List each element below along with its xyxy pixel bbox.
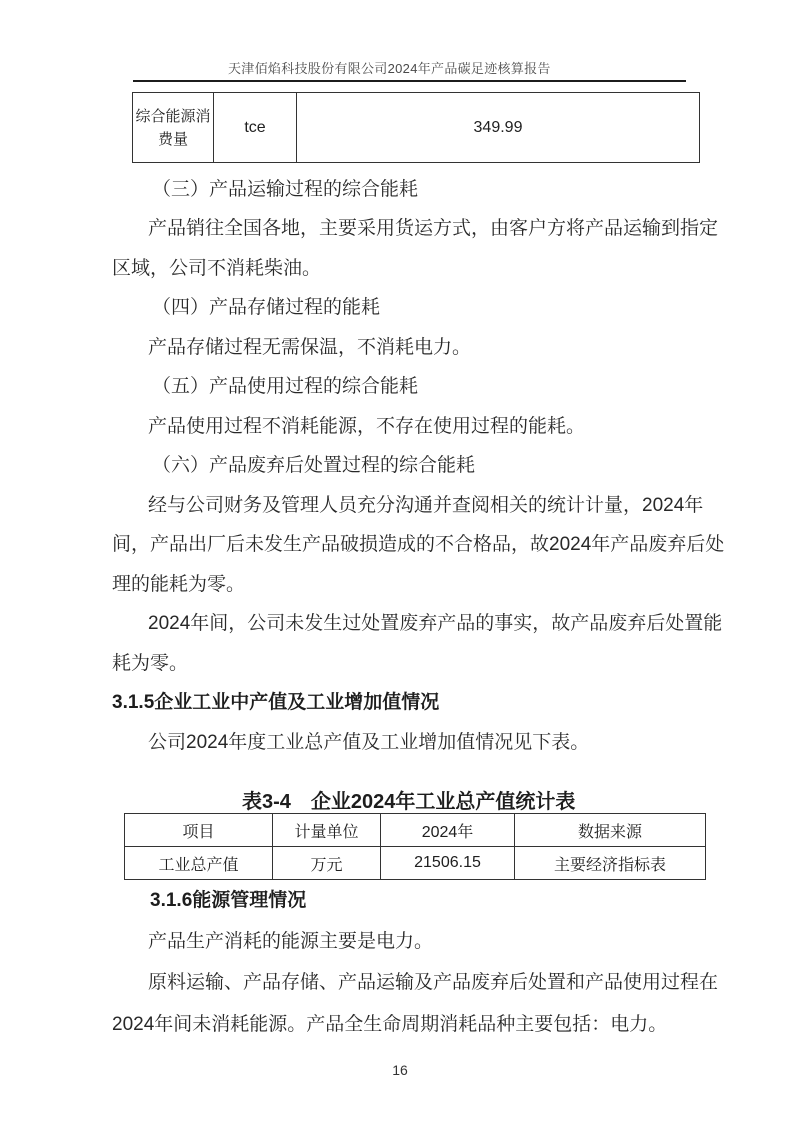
para-line: 产品生产消耗的能源主要是电力。 [148,929,433,955]
page-number: 16 [370,1062,430,1078]
para-line: 理的能耗为零。 [112,572,245,598]
para-line: 公司2024年度工业总产值及工业增加值情况见下表。 [148,730,589,756]
header-cell-unit: 计量单位 [273,814,381,847]
header-rule [133,80,686,82]
heading-3-1-5: 3.1.5企业工业中产值及工业增加值情况 [112,690,439,716]
header-cell-item: 项目 [125,814,273,847]
report-page: 天津佰焰科技股份有限公司2024年产品碳足迹核算报告 综合能源消费量 tce 3… [0,0,800,1130]
para-line: 2024年间，公司未发生过处置废弃产品的事实，故产品废弃后处置能 [148,611,722,637]
header-cell-year: 2024年 [381,814,515,847]
section-heading-5: （五）产品使用过程的综合能耗 [152,374,418,400]
section-heading-4: （四）产品存储过程的能耗 [152,295,380,321]
energy-value-cell: 349.99 [297,93,700,163]
header-cell-source: 数据来源 [515,814,706,847]
table-row: 综合能源消费量 tce 349.99 [133,93,700,163]
table-header-row: 项目 计量单位 2024年 数据来源 [125,814,706,847]
para-line: 区域，公司不消耗柴油。 [112,256,321,282]
para-line: 产品存储过程无需保温，不消耗电力。 [148,335,471,361]
cell-source: 主要经济指标表 [515,847,706,880]
table-row: 工业总产值 万元 21506.15 主要经济指标表 [125,847,706,880]
energy-unit-cell: tce [214,93,297,163]
page-header-title: 天津佰焰科技股份有限公司2024年产品碳足迹核算报告 [228,58,551,77]
industrial-output-table: 项目 计量单位 2024年 数据来源 工业总产值 万元 21506.15 主要经… [124,813,706,880]
section-heading-3: （三）产品运输过程的综合能耗 [152,177,418,203]
section-heading-6: （六）产品废弃后处置过程的综合能耗 [152,453,475,479]
cell-unit: 万元 [273,847,381,880]
cell-value: 21506.15 [381,847,515,880]
heading-3-1-6: 3.1.6能源管理情况 [150,888,306,914]
energy-consumption-table: 综合能源消费量 tce 349.99 [132,92,700,163]
para-line: 经与公司财务及管理人员充分沟通并查阅相关的统计计量，2024年 [148,493,703,519]
para-line: 产品销往全国各地，主要采用货运方式，由客户方将产品运输到指定 [148,216,718,242]
para-line: 2024年间未消耗能源。产品全生命周期消耗品种主要包括：电力。 [112,1012,667,1038]
para-line: 原料运输、产品存储、产品运输及产品废弃后处置和产品使用过程在 [148,970,718,996]
energy-label-cell: 综合能源消费量 [133,93,214,163]
cell-item: 工业总产值 [125,847,273,880]
para-line: 产品使用过程不消耗能源，不存在使用过程的能耗。 [148,414,585,440]
table-3-4-caption: 表3-4 企业2024年工业总产值统计表 [242,785,575,814]
para-line: 间，产品出厂后未发生产品破损造成的不合格品，故2024年产品废弃后处 [112,532,724,558]
para-line: 耗为零。 [112,651,188,677]
